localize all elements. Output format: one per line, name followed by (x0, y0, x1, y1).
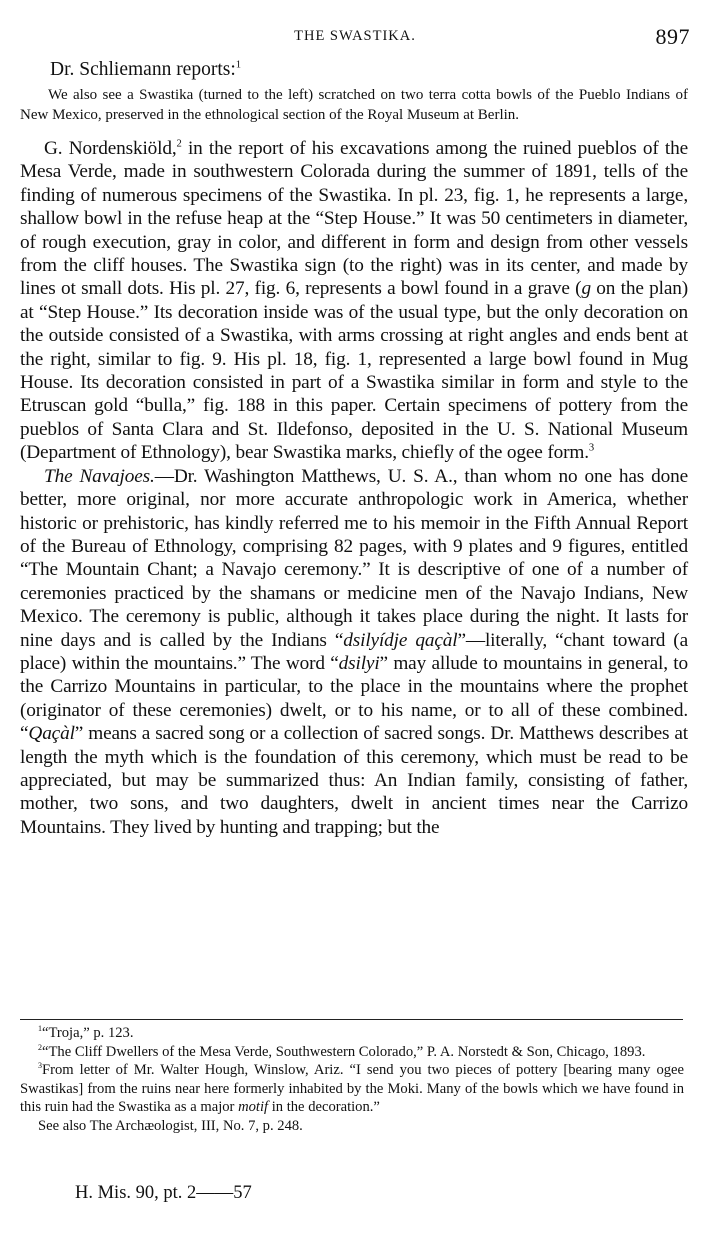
footnote: See also The Archæologist, III, No. 7, p… (20, 1117, 684, 1136)
running-title: THE SWASTIKA. (20, 28, 690, 45)
text-run: See also The Archæologist, III, No. 7, p… (38, 1118, 303, 1134)
intro-lead: Dr. Schliemann reports:1 (50, 58, 688, 82)
footnote-rule (20, 1019, 683, 1020)
document-page: THE SWASTIKA. 897 Dr. Schliemann reports… (0, 0, 724, 1249)
footnote: 2“The Cliff Dwellers of the Mesa Verde, … (20, 1043, 684, 1062)
italic-text: The Navajoes. (44, 466, 155, 487)
footnote-ref: 1 (236, 59, 241, 71)
italic-text: dsilyídje qaçàl (343, 630, 457, 651)
footnote: 1“Troja,” p. 123. (20, 1024, 684, 1043)
footnote-ref: 3 (589, 443, 594, 454)
paragraph-navajoes: The Navajoes.—Dr. Washington Matthews, U… (20, 465, 688, 840)
footnotes: 1“Troja,” p. 123. 2“The Cliff Dwellers o… (20, 1024, 684, 1135)
text-run: “The Cliff Dwellers of the Mesa Verde, S… (42, 1044, 645, 1060)
italic-text: dsilyi (339, 653, 380, 674)
italic-text: Qaçàl (28, 723, 74, 744)
text-run: on the plan) at “Step House.” Its decora… (20, 278, 688, 463)
text-run: in the report of his excavations among t… (20, 138, 688, 299)
italic-text: motif (238, 1099, 268, 1115)
block-quote: We also see a Swastika (turned to the le… (20, 86, 688, 125)
intro-lead-text: Dr. Schliemann reports: (50, 59, 236, 80)
paragraph-nordenskiold: G. Nordenskiöld,2 in the report of his e… (20, 137, 688, 465)
body-text: Dr. Schliemann reports:1 We also see a S… (20, 58, 688, 839)
text-run: —Dr. Washington Matthews, U. S. A., than… (20, 466, 688, 651)
signature-mark: H. Mis. 90, pt. 2——57 (75, 1183, 252, 1204)
text-run: “Troja,” p. 123. (42, 1025, 133, 1041)
italic-text: g (581, 278, 591, 299)
footnote: 3From letter of Mr. Walter Hough, Winslo… (20, 1061, 684, 1117)
text-run: G. Nordenskiöld, (44, 138, 177, 159)
page-number: 897 (656, 24, 691, 50)
text-run: ” means a sacred song or a collection of… (20, 723, 688, 838)
text-run: in the decoration.” (268, 1099, 380, 1115)
page-header: THE SWASTIKA. 897 (20, 24, 690, 48)
